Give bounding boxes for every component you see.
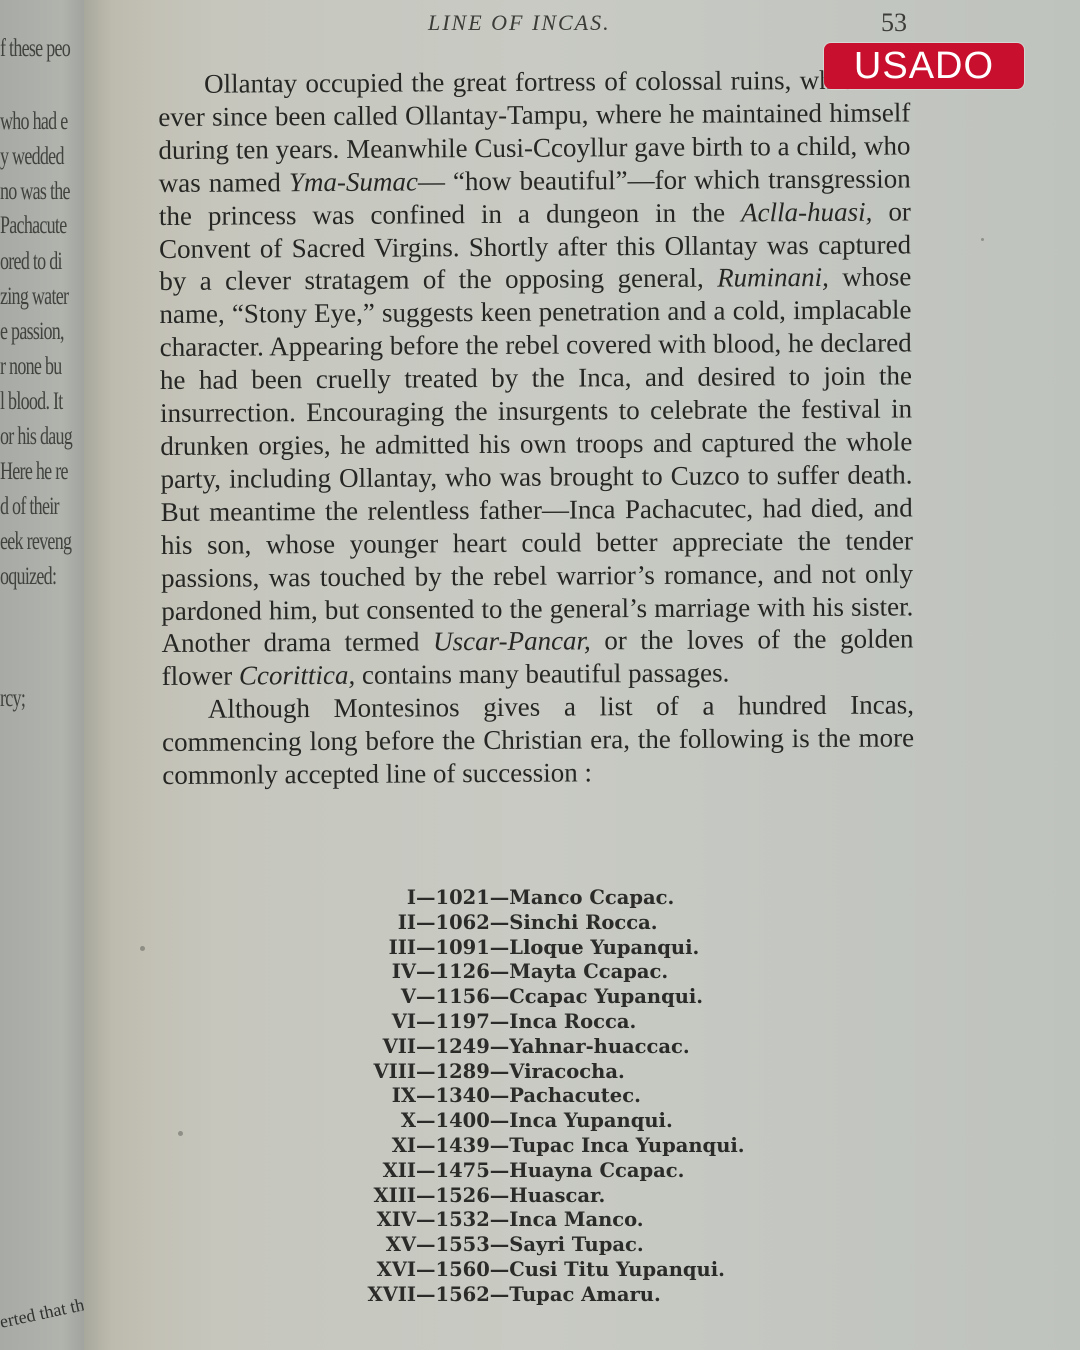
- succession-row: XIV—1532—Inca Manco.: [296, 1208, 745, 1233]
- left-page-line-fragment: l blood. It: [0, 388, 63, 416]
- roman-numeral: XIV: [296, 1208, 416, 1233]
- book-gutter: [84, 0, 154, 1350]
- paper-speck: [981, 238, 984, 241]
- inca-name: Sayri Tupac.: [509, 1233, 643, 1258]
- roman-numeral: IV: [296, 960, 416, 985]
- reign-year: —1289—: [416, 1060, 509, 1085]
- reign-year: —1560—: [416, 1258, 509, 1283]
- succession-row: XI—1439—Tupac Inca Yupanqui.: [296, 1134, 745, 1159]
- facing-left-page: f these peowho had ey weddedno was the P…: [0, 0, 88, 1350]
- italic-term: Ccorittica,: [239, 660, 355, 691]
- reign-year: —1062—: [416, 911, 509, 936]
- body-paragraph: Ollantay occupied the great fortress of …: [158, 63, 914, 693]
- left-page-line-fragment: Here he re: [0, 458, 68, 486]
- reign-year: —1249—: [416, 1035, 509, 1060]
- reign-year: —1021—: [416, 886, 509, 911]
- left-page-line-fragment: oquized:: [0, 563, 56, 591]
- succession-row: XII—1475—Huayna Ccapac.: [296, 1159, 745, 1184]
- reign-year: —1553—: [416, 1233, 509, 1258]
- roman-numeral: XVII: [296, 1283, 416, 1308]
- left-page-line-fragment: zing water: [0, 283, 68, 311]
- roman-numeral: VII: [296, 1035, 416, 1060]
- paper-speck: [140, 946, 145, 951]
- left-page-line-fragment: rcy;: [0, 685, 25, 713]
- inca-name: Pachacutec.: [509, 1084, 641, 1109]
- left-page-line-fragment: e passion,: [0, 318, 64, 346]
- inca-name: Mayta Ccapac.: [509, 960, 668, 985]
- body-text: Ollantay occupied the great fortress of …: [158, 63, 914, 792]
- inca-succession-list: I—1021—Manco Ccapac.II—1062—Sinchi Rocca…: [296, 886, 745, 1308]
- left-page-line-fragment: ored to di: [0, 248, 62, 276]
- italic-term: Yma-Sumac: [289, 166, 418, 197]
- inca-name: Lloque Yupanqui.: [509, 936, 699, 961]
- succession-row: VI—1197—Inca Rocca.: [296, 1010, 745, 1035]
- inca-name: Inca Manco.: [509, 1208, 643, 1233]
- roman-numeral: VIII: [296, 1060, 416, 1085]
- left-page-line-fragment: r none bu: [0, 353, 62, 381]
- roman-numeral: X: [296, 1109, 416, 1134]
- left-page-line-fragment: no was the: [0, 178, 70, 206]
- inca-name: Huayna Ccapac.: [509, 1159, 684, 1184]
- inca-name: Tupac Amaru.: [509, 1283, 660, 1308]
- reign-year: —1156—: [416, 985, 509, 1010]
- running-head: LINE OF INCAS.: [428, 10, 611, 36]
- left-page-line-fragment: d of their: [0, 493, 59, 521]
- roman-numeral: XII: [296, 1159, 416, 1184]
- left-page-line-fragment: Pachacute: [0, 212, 66, 240]
- succession-row: X—1400—Inca Yupanqui.: [296, 1109, 745, 1134]
- succession-row: IX—1340—Pachacutec.: [296, 1084, 745, 1109]
- succession-row: III—1091—Lloque Yupanqui.: [296, 936, 745, 961]
- paper-speck: [178, 1131, 183, 1136]
- left-page-line-fragment: or his daug: [0, 423, 72, 451]
- inca-name: Manco Ccapac.: [509, 886, 674, 911]
- inca-name: Inca Yupanqui.: [509, 1109, 672, 1134]
- succession-row: IV—1126—Mayta Ccapac.: [296, 960, 745, 985]
- reign-year: —1340—: [416, 1084, 509, 1109]
- reign-year: —1526—: [416, 1184, 509, 1209]
- reign-year: —1091—: [416, 936, 509, 961]
- roman-numeral: XI: [296, 1134, 416, 1159]
- reign-year: —1439—: [416, 1134, 509, 1159]
- text-run: whose name, “Stony Eye,” suggests keen p…: [159, 262, 913, 659]
- inca-name: Huascar.: [509, 1184, 605, 1209]
- succession-row: VIII—1289—Viracocha.: [296, 1060, 745, 1085]
- used-condition-badge: USADO: [824, 43, 1024, 89]
- succession-row: V—1156—Ccapac Yupanqui.: [296, 985, 745, 1010]
- inca-name: Cusi Titu Yupanqui.: [509, 1258, 725, 1283]
- inca-name: Viracocha.: [509, 1060, 624, 1085]
- left-page-line-fragment: eek reveng: [0, 528, 71, 556]
- italic-term: Aclla-huasi,: [741, 196, 872, 227]
- text-run: Although Montesinos gives a list of a hu…: [162, 690, 914, 790]
- reign-year: —1532—: [416, 1208, 509, 1233]
- roman-numeral: II: [296, 911, 416, 936]
- succession-row: XVII—1562—Tupac Amaru.: [296, 1283, 745, 1308]
- inca-name: Inca Rocca.: [509, 1010, 636, 1035]
- page-number: 53: [881, 8, 907, 38]
- succession-row: VII—1249—Yahnar-huaccac.: [296, 1035, 745, 1060]
- left-page-line-fragment: f these peo: [0, 35, 70, 63]
- reign-year: —1562—: [416, 1283, 509, 1308]
- succession-row: XVI—1560—Cusi Titu Yupanqui.: [296, 1258, 745, 1283]
- roman-numeral: III: [296, 936, 416, 961]
- succession-row: I—1021—Manco Ccapac.: [296, 886, 745, 911]
- inca-name: Yahnar-huaccac.: [509, 1035, 689, 1060]
- reign-year: —1400—: [416, 1109, 509, 1134]
- inca-name: Tupac Inca Yupanqui.: [509, 1134, 744, 1159]
- inca-name: Ccapac Yupanqui.: [509, 985, 703, 1010]
- left-page-line-fragment: who had e: [0, 108, 68, 136]
- reign-year: —1197—: [416, 1010, 509, 1035]
- roman-numeral: XVI: [296, 1258, 416, 1283]
- left-page-line-fragment: y wedded: [0, 143, 64, 171]
- roman-numeral: XIII: [296, 1184, 416, 1209]
- succession-row: XV—1553—Sayri Tupac.: [296, 1233, 745, 1258]
- roman-numeral: IX: [296, 1084, 416, 1109]
- italic-term: Uscar-Pancar,: [433, 626, 591, 657]
- roman-numeral: V: [296, 985, 416, 1010]
- italic-term: Ruminani,: [717, 262, 829, 293]
- roman-numeral: XV: [296, 1233, 416, 1258]
- body-paragraph: Although Montesinos gives a list of a hu…: [162, 689, 915, 792]
- roman-numeral: VI: [296, 1010, 416, 1035]
- reign-year: —1475—: [416, 1159, 509, 1184]
- roman-numeral: I: [296, 886, 416, 911]
- succession-row: XIII—1526—Huascar.: [296, 1184, 745, 1209]
- left-page-footnote-fragment: erted that th: [0, 1294, 86, 1332]
- text-run: contains many beautiful passages.: [355, 658, 729, 690]
- inca-name: Sinchi Rocca.: [509, 911, 657, 936]
- succession-row: II—1062—Sinchi Rocca.: [296, 911, 745, 936]
- reign-year: —1126—: [416, 960, 509, 985]
